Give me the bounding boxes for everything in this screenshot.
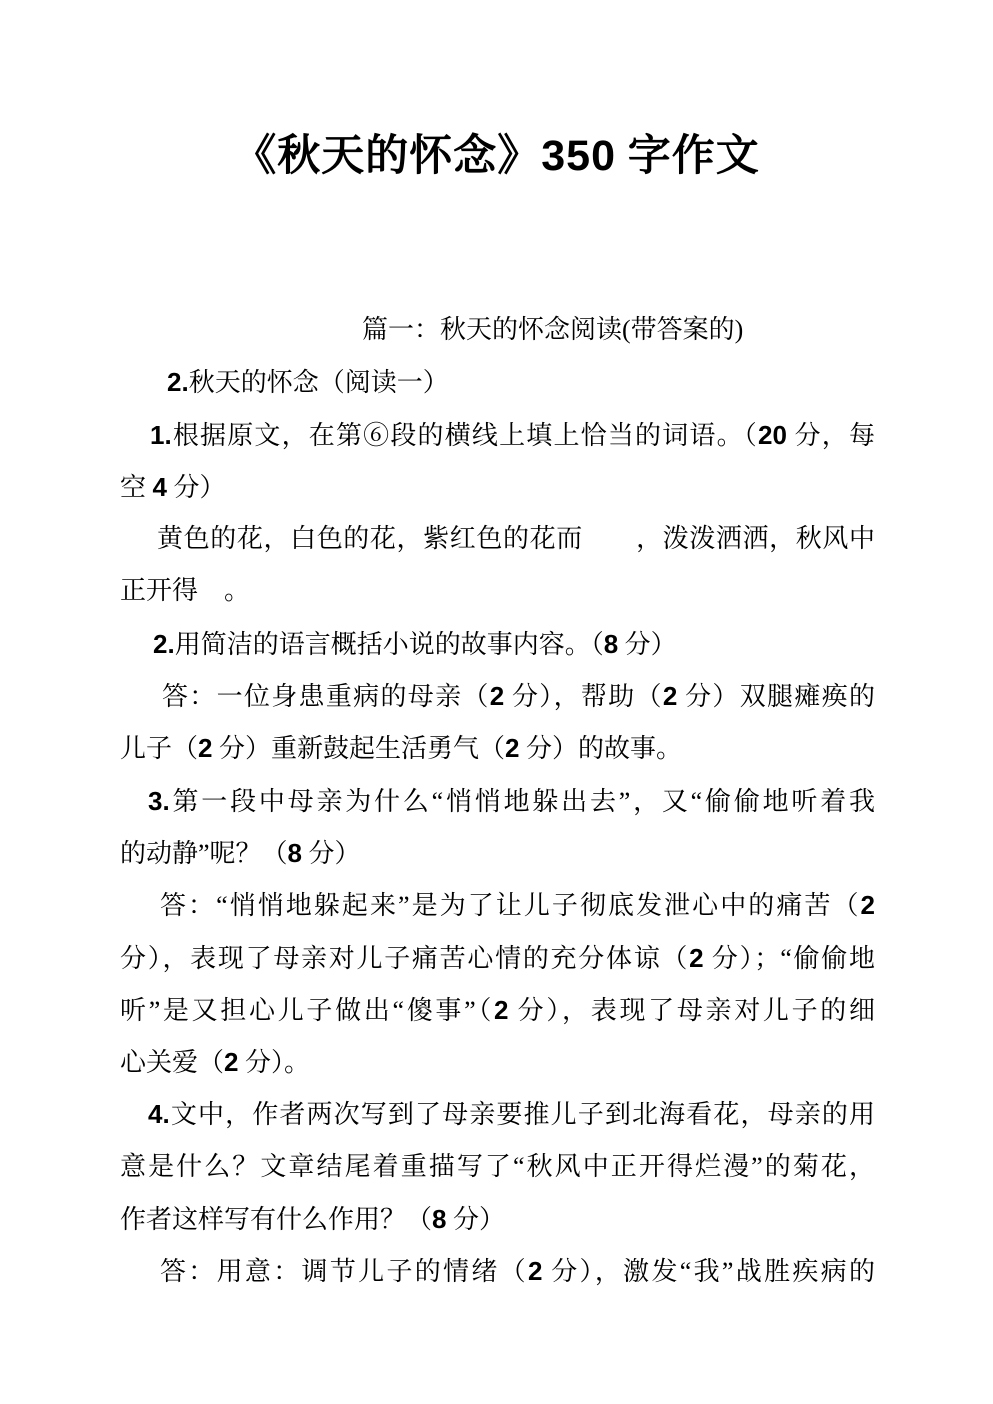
score-number: 2	[494, 995, 508, 1025]
score-number: 2	[689, 943, 703, 973]
text-line: 分），表现了母亲对儿子痛苦心情的充分体谅（2 分）；“偷偷地	[120, 932, 875, 984]
text-line: 1.根据原文，在第⑥段的横线上填上恰当的词语。（20 分，每	[150, 409, 875, 461]
text-line: 2.秋天的怀念（阅读一）	[167, 356, 875, 408]
score-number: 350	[541, 132, 616, 180]
text-line: 正开得 。	[120, 565, 875, 617]
score-number: 2	[505, 733, 519, 763]
text-line: 作者这样写有什么作用？（8 分）	[120, 1193, 875, 1245]
score-number: 8	[288, 838, 302, 868]
text-line: 空 4 分）	[120, 461, 875, 513]
text-line: 儿子（2 分）重新鼓起生活勇气（2 分）的故事。	[120, 722, 875, 774]
text-line: 4.文中，作者两次写到了母亲要推儿子到北海看花，母亲的用	[148, 1088, 875, 1140]
score-number: 2	[663, 681, 677, 711]
score-number: 2	[528, 1256, 542, 1286]
text-line: 黄色的花，白色的花，紫红色的花而 ，泼泼洒洒，秋风中	[157, 513, 875, 565]
score-number: 20	[758, 420, 787, 450]
document-body: 篇一：秋天的怀念阅读(带答案的)2.秋天的怀念（阅读一）1.根据原文，在第⑥段的…	[120, 304, 875, 1298]
text-line: 的动静”呢？（8 分）	[120, 827, 875, 879]
score-number: 2	[861, 890, 875, 920]
score-number: 2.	[167, 367, 189, 397]
score-number: 8	[432, 1204, 446, 1234]
text-line: 意是什么？文章结尾着重描写了“秋风中正开得烂漫”的菊花，	[120, 1141, 875, 1193]
score-number: 2.	[153, 629, 175, 659]
text-line: 答：“悄悄地躲起来”是为了让儿子彻底发泄心中的痛苦（2	[160, 879, 875, 931]
text-line: 答：用意：调节儿子的情绪（2 分），激发“我”战胜疾病的	[160, 1245, 875, 1297]
document-page: 《秋天的怀念》350 字作文 篇一：秋天的怀念阅读(带答案的)2.秋天的怀念（阅…	[0, 0, 993, 1404]
score-number: 8	[604, 629, 618, 659]
score-number: 2	[224, 1047, 238, 1077]
score-number: 4.	[148, 1099, 170, 1129]
text-line: 心关爱（2 分）。	[120, 1036, 875, 1088]
text-line: 3.第一段中母亲为什么“悄悄地躲出去”，又“偷偷地听着我	[148, 775, 875, 827]
score-number: 3.	[148, 786, 170, 816]
document-title: 《秋天的怀念》350 字作文	[0, 124, 993, 188]
score-number: 2	[490, 681, 504, 711]
score-number: 4	[153, 472, 167, 502]
score-number: 2	[198, 733, 212, 763]
score-number: 1.	[150, 420, 172, 450]
text-line: 听”是又担心儿子做出“傻事”（2 分），表现了母亲对儿子的细	[120, 984, 875, 1036]
text-line: 答：一位身患重病的母亲（2 分），帮助（2 分）双腿瘫痪的	[162, 670, 875, 722]
text-line: 2.用简洁的语言概括小说的故事内容。（8 分）	[153, 618, 875, 670]
text-line: 篇一：秋天的怀念阅读(带答案的)	[362, 304, 875, 356]
